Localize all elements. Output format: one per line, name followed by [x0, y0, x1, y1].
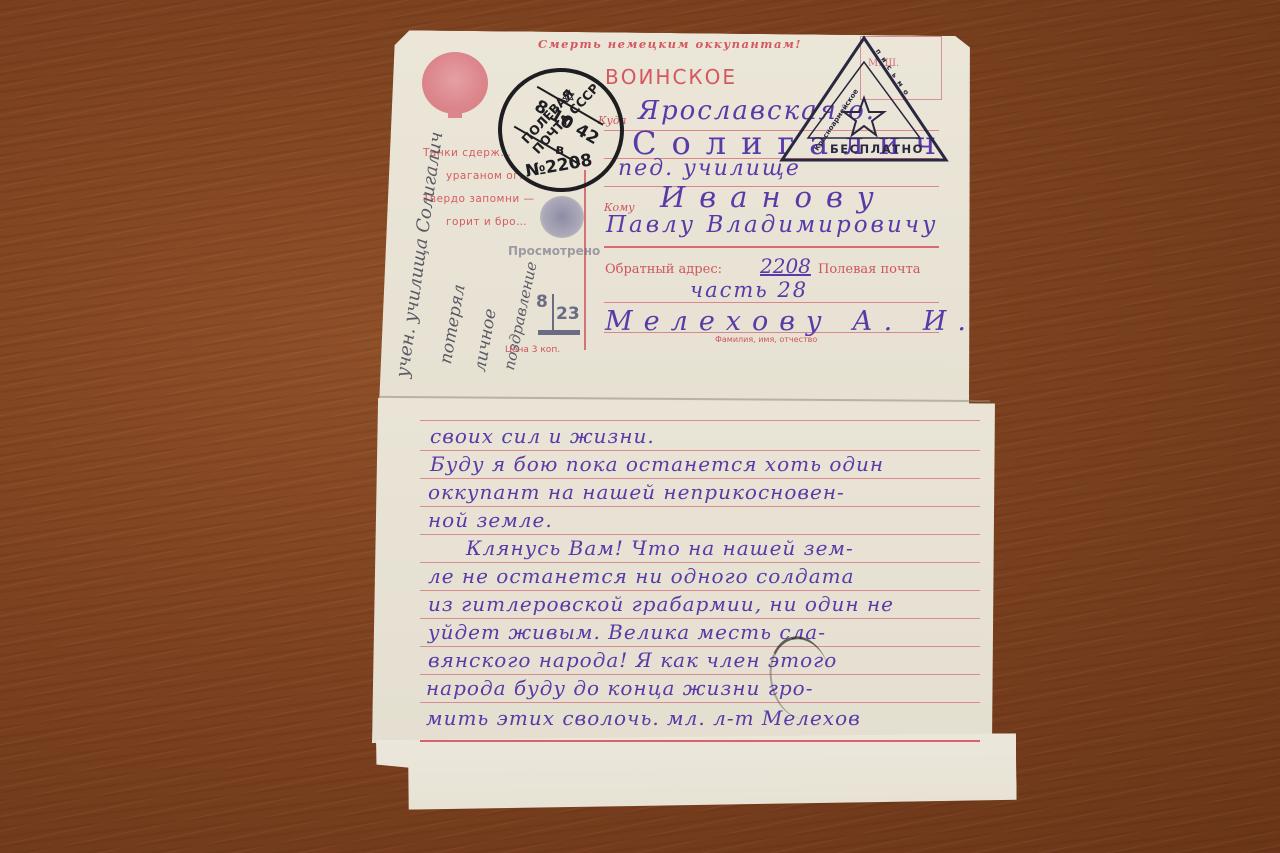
return-name: Мелехову А. И.: [605, 306, 977, 337]
triangle-free-label: БЕСПЛАТНО: [830, 142, 924, 156]
return-unit: часть 28: [690, 278, 808, 302]
form-slogan: Смерть немецким оккупантам!: [538, 37, 802, 51]
letter-rule: [420, 420, 980, 421]
censor-text: Просмотрено: [508, 244, 600, 258]
letter-line: ной земле.: [428, 508, 553, 532]
letter-rule: [420, 702, 980, 703]
address-rule: [604, 302, 939, 303]
letter-rule-bottom: [420, 740, 980, 742]
letter-line: оккупант на нашей неприкосновен-: [428, 480, 845, 504]
recipient-name-patronymic: Павлу Владимировичу: [606, 212, 938, 238]
censor-seal-icon: [540, 196, 584, 238]
letter-rule: [420, 590, 980, 591]
letter-rule: [420, 506, 980, 507]
address-rule: [604, 246, 939, 248]
ussr-emblem-icon: [422, 52, 488, 114]
letter-rule: [420, 618, 980, 619]
field-post-label: Полевая почта: [818, 262, 921, 277]
left-slogan-line-4: горит и бро…: [446, 216, 527, 228]
return-address-label: Обратный адрес:: [605, 262, 722, 277]
letter-line: своих сил и жизни.: [430, 424, 655, 448]
letter-line: из гитлеровской грабармии, ни один не: [428, 592, 894, 616]
letter-line: народа буду до конца жизни гро-: [426, 676, 813, 700]
censor-divider: [552, 294, 554, 332]
letter-rule: [420, 450, 980, 451]
letter-line: ле не останется ни одного солдата: [428, 564, 855, 588]
letter-rule: [420, 674, 980, 675]
form-title: ВОИНСКОЕ: [605, 65, 737, 89]
left-slogan-line-3: Твердо запомни —: [423, 193, 535, 205]
letter-line: Клянусь Вам! Что на нашей зем-: [466, 536, 854, 560]
letter-rule: [420, 562, 980, 563]
letter-line: уйдет живым. Велика месть сла-: [428, 620, 826, 644]
form-divider: [584, 170, 586, 350]
censor-bar: [538, 330, 580, 335]
recipient-surname: Иванову: [660, 180, 888, 214]
censor-denominator: 23: [556, 304, 580, 324]
letter-rule: [420, 478, 980, 479]
return-field-post-number: 2208: [760, 254, 811, 278]
postmark-number: №2208: [524, 150, 594, 181]
censor-numerator: 8: [536, 292, 548, 312]
letter-line: Буду я бою пока останется хоть один: [430, 452, 884, 476]
address-institution: пед. училище: [618, 156, 801, 181]
folded-bottom-flap: [376, 733, 1017, 810]
letter-rule: [420, 646, 980, 647]
red-army-letter-stamp: Красноармейское письмо БЕСПЛАТНО: [778, 34, 950, 166]
letter-rule: [420, 534, 980, 535]
